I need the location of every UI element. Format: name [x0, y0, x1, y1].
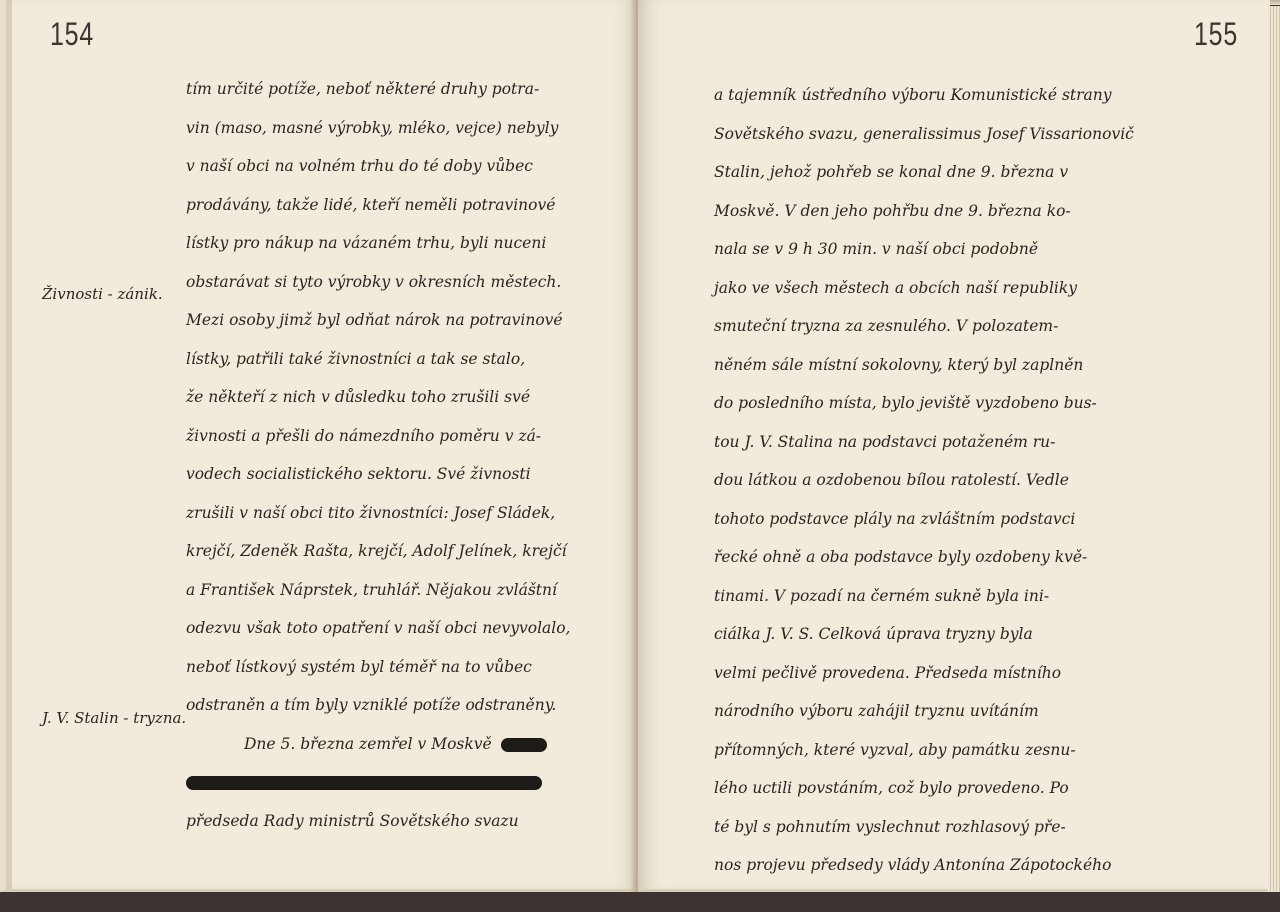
text-line: dou látkou a ozdobenou bílou ratolestí. …: [714, 461, 1134, 500]
text-line: Sovětského svazu, generalissimus Josef V…: [714, 115, 1134, 154]
text-line: něném sále místní sokolovny, který byl z…: [714, 346, 1134, 385]
page-number-left: 154: [50, 16, 94, 53]
text-line: lého uctili povstáním, což bylo proveden…: [714, 769, 1134, 808]
text-line: Mezi osoby jimž byl odňat nárok na potra…: [186, 301, 571, 340]
page-number-right: 155: [1194, 16, 1238, 53]
text-line: předseda Rady ministrů Sovětského svazu: [186, 802, 571, 841]
right-page-text: a tajemník ústředního výboru Komunistick…: [714, 76, 1134, 885]
text-line: nala se v 9 h 30 min. v naší obci podobn…: [714, 230, 1134, 269]
text-line: Stalin, jehož pohřeb se konal dne 9. bře…: [714, 153, 1134, 192]
text-line: té byl s pohnutím vyslechnut rozhlasový …: [714, 808, 1134, 847]
text-line-with-redaction: Dne 5. března zemřel v Moskvě: [186, 725, 571, 764]
text-line: nos projevu předsedy vlády Antonína Zápo…: [714, 846, 1134, 885]
text-line: neboť lístkový systém byl téměř na to vů…: [186, 648, 571, 687]
redacted-line: [186, 763, 571, 802]
text-line: Moskvě. V den jeho pohřbu dne 9. března …: [714, 192, 1134, 231]
text-line: do posledního místa, bylo jeviště vyzdob…: [714, 384, 1134, 423]
text-line: tinami. V pozadí na černém sukně byla in…: [714, 577, 1134, 616]
redaction-bar: [186, 776, 542, 790]
open-book: 154 Živnosti - zánik. J. V. Stalin - try…: [0, 0, 1280, 900]
text-line: tou J. V. Stalina na podstavci potaženém…: [714, 423, 1134, 462]
right-page: 155 a tajemník ústředního výboru Komunis…: [638, 0, 1270, 892]
text-line: odezvu však toto opatření v naší obci ne…: [186, 609, 571, 648]
text-line: a tajemník ústředního výboru Komunistick…: [714, 76, 1134, 115]
text-line: zrušili v naší obci tito živnostníci: Jo…: [186, 494, 571, 533]
text-line: národního výboru zahájil tryznu uvítáním: [714, 692, 1134, 731]
text-line: lístky, patřili také živnostníci a tak s…: [186, 340, 571, 379]
text-segment: Dne 5. března zemřel v Moskvě: [186, 735, 492, 753]
left-page: 154 Živnosti - zánik. J. V. Stalin - try…: [0, 0, 638, 892]
margin-note-trades: Živnosti - zánik.: [42, 285, 163, 303]
page-stack-edge: [1268, 6, 1280, 892]
text-line: přítomných, které vyzval, aby památku ze…: [714, 731, 1134, 770]
text-line: řecké ohně a oba podstavce byly ozdobeny…: [714, 538, 1134, 577]
margin-note-stalin: J. V. Stalin - tryzna.: [42, 709, 186, 727]
text-line: lístky pro nákup na vázaném trhu, byli n…: [186, 224, 571, 263]
text-line: a František Náprstek, truhlář. Nějakou z…: [186, 571, 571, 610]
text-line: že někteří z nich v důsledku toho zrušil…: [186, 378, 571, 417]
text-line: ciálka J. V. S. Celková úprava tryzny by…: [714, 615, 1134, 654]
text-line: živnosti a přešli do námezdního poměru v…: [186, 417, 571, 456]
text-line: vodech socialistického sektoru. Své živn…: [186, 455, 571, 494]
text-line: prodávány, takže lidé, kteří neměli potr…: [186, 186, 571, 225]
left-page-text: tím určité potíže, neboť některé druhy p…: [186, 70, 571, 840]
text-line: jako ve všech městech a obcích naší repu…: [714, 269, 1134, 308]
text-line: v naší obci na volném trhu do té doby vů…: [186, 147, 571, 186]
text-line: krejčí, Zdeněk Rašta, krejčí, Adolf Jelí…: [186, 532, 571, 571]
text-line: smuteční tryzna za zesnulého. V polozate…: [714, 307, 1134, 346]
redaction-mark: [501, 738, 547, 752]
text-line: velmi pečlivě provedena. Předseda místní…: [714, 654, 1134, 693]
text-line: tím určité potíže, neboť některé druhy p…: [186, 70, 571, 109]
text-line: obstarávat si tyto výrobky v okresních m…: [186, 263, 571, 302]
text-line: odstraněn a tím byly vzniklé potíže odst…: [186, 686, 571, 725]
text-line: tohoto podstavce plály na zvláštním pods…: [714, 500, 1134, 539]
text-line: vin (maso, masné výrobky, mléko, vejce) …: [186, 109, 571, 148]
